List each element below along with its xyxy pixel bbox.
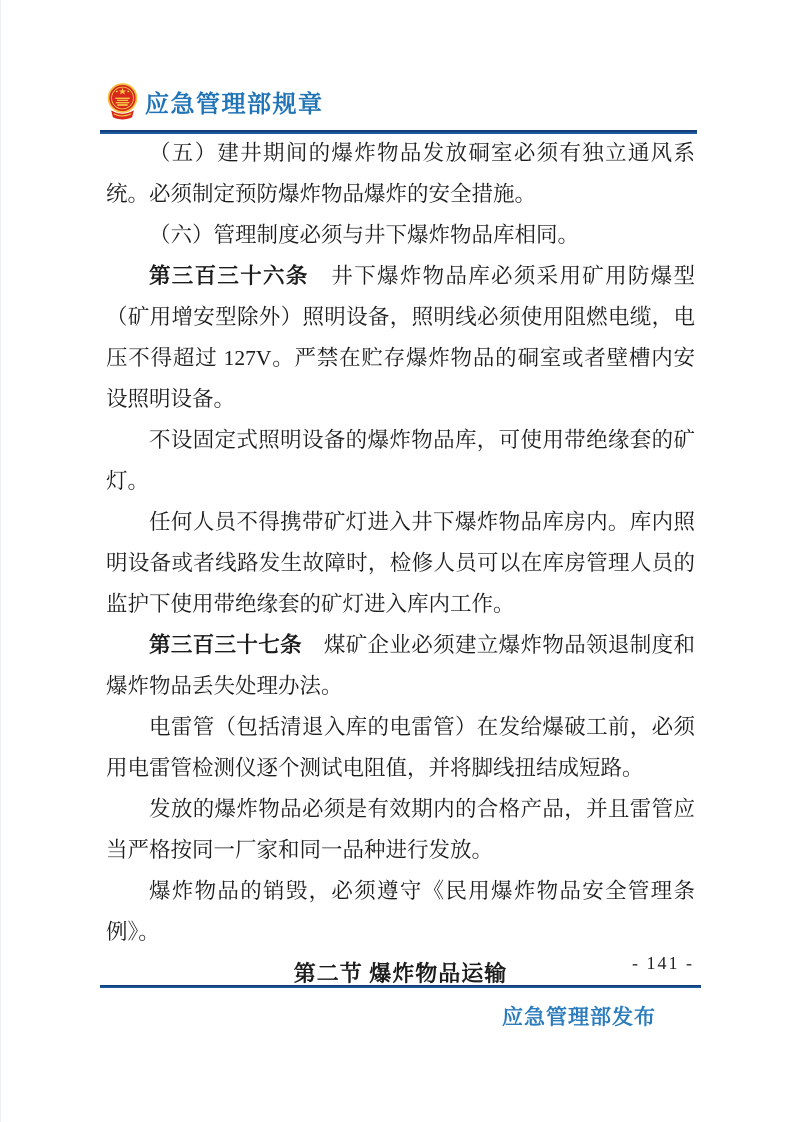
- paragraph-article-336: 第三百三十六条 井下爆炸物品库必须采用矿用防爆型（矿用增安型除外）照明设备，照明…: [106, 256, 695, 420]
- national-emblem-icon: [105, 82, 140, 121]
- publisher-label: 应急管理部发布: [106, 1001, 656, 1031]
- page-number: - 141 -: [106, 953, 694, 974]
- paragraph: 不设固定式照明设备的爆炸物品库，可使用带绝缘套的矿灯。: [106, 420, 695, 502]
- article-number: 第三百三十六条: [149, 264, 309, 288]
- paragraph: 发放的爆炸物品必须是有效期内的合格产品，并且雷管应当严格按同一厂家和同一品种进行…: [106, 789, 695, 871]
- footer-divider: [100, 985, 701, 988]
- paragraph: 电雷管（包括清退入库的电雷管）在发给爆破工前，必须用电雷管检测仪逐个测试电阻值，…: [106, 707, 695, 789]
- paragraph-article-337: 第三百三十七条 煤矿企业必须建立爆炸物品领退制度和爆炸物品丢失处理办法。: [106, 625, 695, 707]
- paragraph-item-6: （六）管理制度必须与井下爆炸物品库相同。: [106, 215, 695, 256]
- paragraph-item-5: （五）建井期间的爆炸物品发放硐室必须有独立通风系统。必须制定预防爆炸物品爆炸的安…: [106, 133, 695, 215]
- article-number: 第三百三十七条: [149, 633, 302, 657]
- document-body: （五）建井期间的爆炸物品发放硐室必须有独立通风系统。必须制定预防爆炸物品爆炸的安…: [106, 133, 695, 994]
- paragraph: 任何人员不得携带矿灯进入井下爆炸物品库房内。库内照明设备或者线路发生故障时，检修…: [106, 502, 695, 625]
- page-title: 应急管理部规章: [145, 84, 324, 119]
- page-header: 应急管理部规章: [105, 82, 324, 121]
- paragraph: 爆炸物品的销毁，必须遵守《民用爆炸物品安全管理条例》。: [106, 871, 695, 953]
- regulation-page: 应急管理部规章 （五）建井期间的爆炸物品发放硐室必须有独立通风系统。必须制定预防…: [0, 0, 793, 1122]
